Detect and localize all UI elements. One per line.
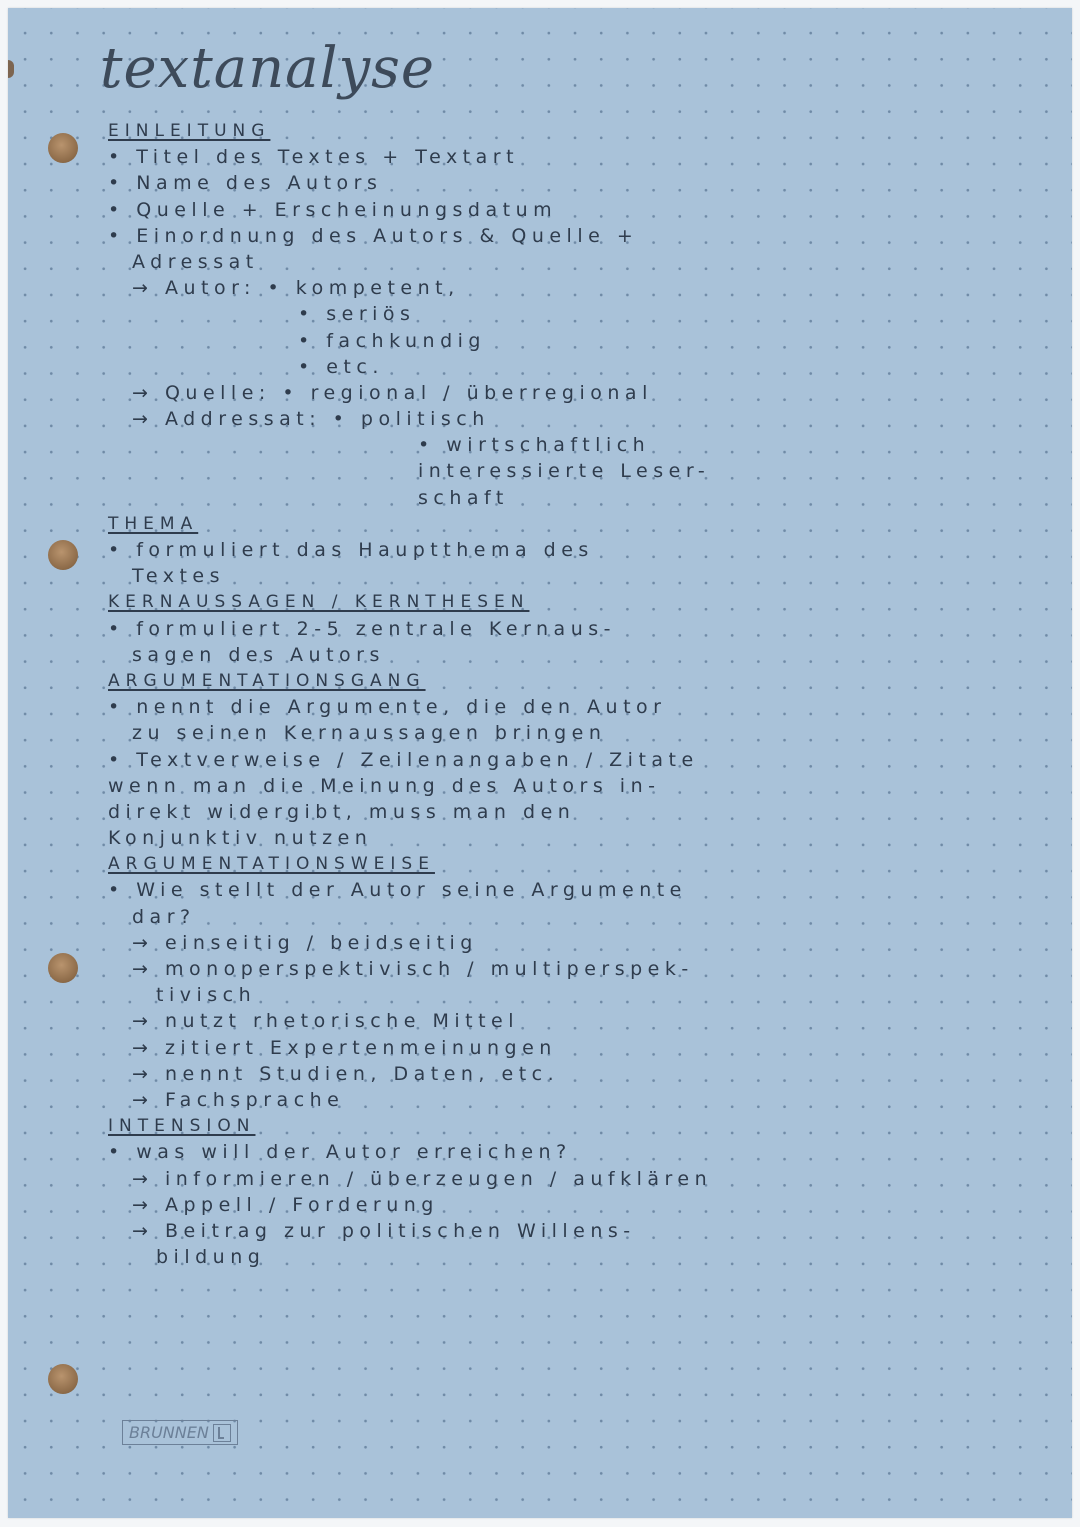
note-line: schaft	[108, 485, 1058, 511]
paper-edge-tear	[8, 60, 14, 78]
note-line: • etc.	[108, 354, 1058, 380]
section-heading-thema: THEMA	[108, 511, 1058, 537]
note-line: dar?	[108, 904, 1058, 930]
brand-logo-text: BRUNNEN	[129, 1423, 209, 1442]
note-line: → Fachsprache	[108, 1087, 1058, 1113]
note-line: → einseitig / beidseitig	[108, 930, 1058, 956]
note-line: → Addressat: • politisch	[108, 406, 1058, 432]
section-heading-argumentationsgang: ARGUMENTATIONSGANG	[108, 668, 1058, 694]
note-line: interessierte Leser-	[108, 458, 1058, 484]
note-line: • seriös	[108, 301, 1058, 327]
punch-hole	[48, 540, 78, 570]
note-line: • wirtschaftlich	[108, 432, 1058, 458]
note-line: → nutzt rhetorische Mittel	[108, 1008, 1058, 1034]
note-line: Adressat	[108, 249, 1058, 275]
note-line: • formuliert das Hauptthema des	[108, 537, 1058, 563]
note-line: • Wie stellt der Autor seine Argumente	[108, 877, 1058, 903]
note-line: • was will der Autor erreichen?	[108, 1139, 1058, 1165]
punch-hole	[48, 1364, 78, 1394]
section-heading-intension: INTENSION	[108, 1113, 1058, 1139]
note-line: • nennt die Argumente, die den Autor	[108, 694, 1058, 720]
page-title: textanalyse	[100, 36, 435, 101]
punch-hole	[48, 953, 78, 983]
note-line: • Name des Autors	[108, 170, 1058, 196]
note-line: → monoperspektivisch / multiperspek-	[108, 956, 1058, 982]
note-line: Textes	[108, 563, 1058, 589]
note-line: → Beitrag zur politischen Willens-	[108, 1218, 1058, 1244]
note-line: → Appell / Forderung	[108, 1192, 1058, 1218]
note-line: direkt widergibt, muss man den	[108, 799, 1058, 825]
note-line: sagen des Autors	[108, 642, 1058, 668]
note-line: • Quelle + Erscheinungsdatum	[108, 197, 1058, 223]
note-line: • Einordnung des Autors & Quelle +	[108, 223, 1058, 249]
note-line: bildung	[108, 1244, 1058, 1270]
section-heading-kernaussagen: KERNAUSSAGEN / KERNTHESEN	[108, 589, 1058, 615]
note-line: • Textverweise / Zeilenangaben / Zitate	[108, 747, 1058, 773]
note-line: → Autor: • kompetent,	[108, 275, 1058, 301]
punch-hole	[48, 133, 78, 163]
notes-content: EINLEITUNG • Titel des Textes + Textart …	[108, 118, 1058, 1270]
note-line: zu seinen Kernaussagen bringen	[108, 720, 1058, 746]
note-line: → zitiert Expertenmeinungen	[108, 1035, 1058, 1061]
note-line: → nennt Studien, Daten, etc.	[108, 1061, 1058, 1087]
note-line: tivisch	[108, 982, 1058, 1008]
note-line: → informieren / überzeugen / aufklären	[108, 1166, 1058, 1192]
brunnen-logo-icon	[213, 1424, 231, 1442]
note-line: • fachkundig	[108, 328, 1058, 354]
note-line: → Quelle: • regional / überregional	[108, 380, 1058, 406]
section-heading-einleitung: EINLEITUNG	[108, 118, 1058, 144]
brand-logo: BRUNNEN	[122, 1420, 238, 1445]
note-line: wenn man die Meinung des Autors in-	[108, 773, 1058, 799]
section-heading-argumentationsweise: ARGUMENTATIONSWEISE	[108, 851, 1058, 877]
note-line: Konjunktiv nutzen	[108, 825, 1058, 851]
note-line: • formuliert 2-5 zentrale Kernaus-	[108, 616, 1058, 642]
note-line: • Titel des Textes + Textart	[108, 144, 1058, 170]
